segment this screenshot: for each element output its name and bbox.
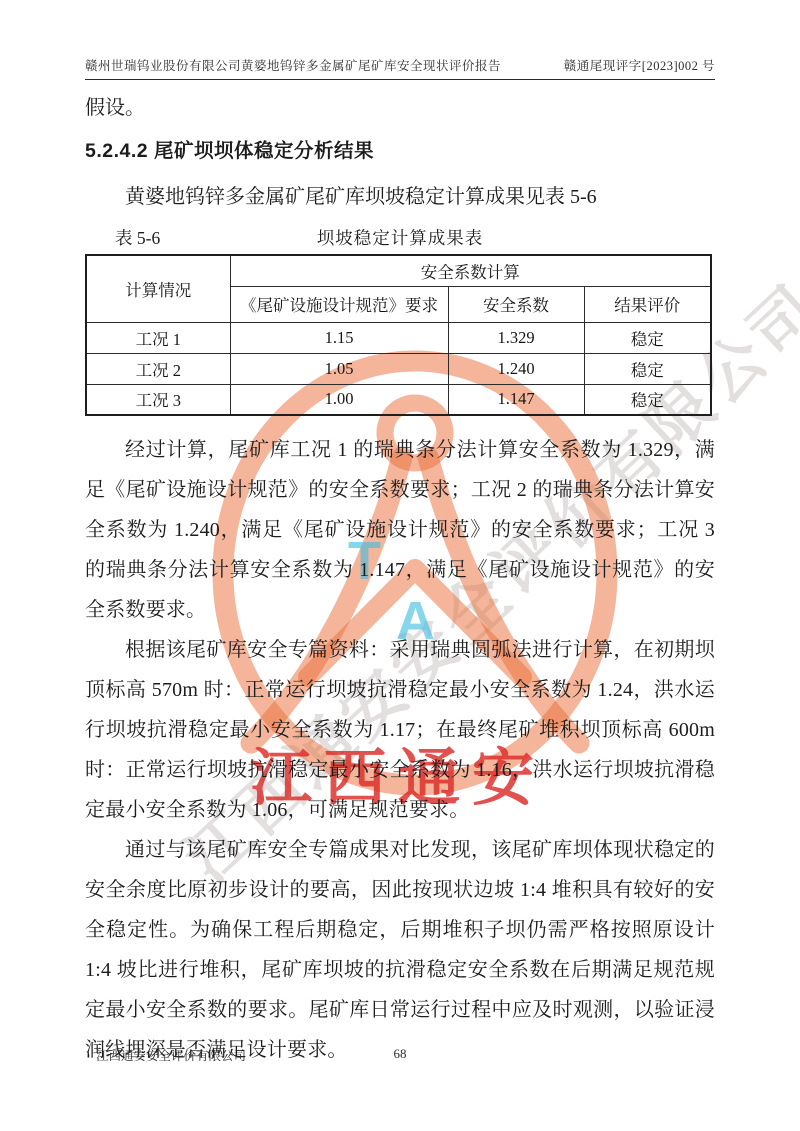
table-row: 工况 2 1.05 1.240 稳定 [86, 353, 711, 384]
cell-required: 1.05 [230, 353, 448, 384]
cell-required: 1.15 [230, 322, 448, 353]
cell-factor: 1.240 [448, 353, 584, 384]
header-doc-number: 赣通尾现评字[2023]002 号 [564, 56, 715, 74]
table-header-condition: 计算情况 [86, 255, 230, 322]
table-intro-paragraph: 黄婆地钨锌多金属矿尾矿库坝坡稳定计算成果见表 5-6 [85, 177, 715, 217]
table-header-required: 《尾矿设施设计规范》要求 [230, 286, 448, 322]
cell-result: 稳定 [584, 353, 711, 384]
cell-factor: 1.147 [448, 384, 584, 415]
body-paragraphs: 经过计算，尾矿库工况 1 的瑞典条分法计算安全系数为 1.329，满足《尾矿设施… [85, 430, 715, 1070]
cell-required: 1.00 [230, 384, 448, 415]
cell-result: 稳定 [584, 322, 711, 353]
cell-result: 稳定 [584, 384, 711, 415]
document-content: 赣州世瑞钨业股份有限公司黄婆地钨锌多金属矿尾矿库安全现状评价报告 赣通尾现评字[… [0, 0, 800, 1070]
page-header: 赣州世瑞钨业股份有限公司黄婆地钨锌多金属矿尾矿库安全现状评价报告 赣通尾现评字[… [85, 0, 715, 80]
table-row: 工况 3 1.00 1.147 稳定 [86, 384, 711, 415]
table-header-result: 结果评价 [584, 286, 711, 322]
paragraph: 根据该尾矿库安全专篇资料：采用瑞典圆弧法进行计算，在初期坝顶标高 570m 时：… [85, 630, 715, 830]
page-number: 68 [0, 1046, 800, 1062]
table-caption: 表 5-6 坝坡稳定计算成果表 [85, 225, 715, 251]
table-caption-label: 表 5-6 [115, 225, 160, 251]
table-header-group: 安全系数计算 [230, 255, 711, 286]
cell-condition: 工况 1 [86, 322, 230, 353]
cell-condition: 工况 2 [86, 353, 230, 384]
paragraph: 通过与该尾矿库安全专篇成果对比发现，该尾矿库坝体现状稳定的安全余度比原初步设计的… [85, 830, 715, 1070]
section-heading: 5.2.4.2 尾矿坝坝体稳定分析结果 [85, 131, 715, 171]
opening-text: 假设。 [85, 88, 715, 128]
cell-factor: 1.329 [448, 322, 584, 353]
table-row: 工况 1 1.15 1.329 稳定 [86, 322, 711, 353]
header-report-title: 赣州世瑞钨业股份有限公司黄婆地钨锌多金属矿尾矿库安全现状评价报告 [85, 56, 501, 74]
table-header-factor: 安全系数 [448, 286, 584, 322]
cell-condition: 工况 3 [86, 384, 230, 415]
document-page: 江西通安安全评价有限公司 T A 江西通安 赣州世瑞钨业股份有限公司黄婆地钨锌多… [0, 0, 800, 1131]
paragraph: 经过计算，尾矿库工况 1 的瑞典条分法计算安全系数为 1.329，满足《尾矿设施… [85, 430, 715, 630]
table-caption-title: 坝坡稳定计算成果表 [317, 228, 484, 248]
stability-results-table: 计算情况 安全系数计算 《尾矿设施设计规范》要求 安全系数 结果评价 工况 1 … [85, 254, 712, 416]
